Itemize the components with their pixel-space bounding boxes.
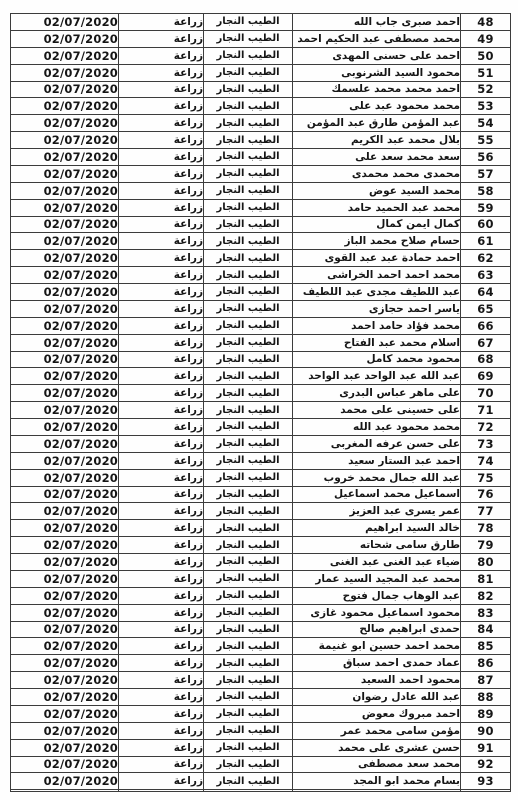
date-cell: 02/07/2020 (11, 115, 119, 132)
department-cell: زراعة (119, 64, 204, 81)
department-cell: زراعة (119, 300, 204, 317)
name-cell: بسام محمد ابو المجد (293, 773, 461, 790)
date-cell: 02/07/2020 (11, 149, 119, 166)
table-row: 91 حسن عشرى على محمد الطيب النجار زراعة … (11, 739, 511, 756)
table-row: 61 حسام صلاح محمد الباز الطيب النجار زرا… (11, 233, 511, 250)
name-cell: محمد عبد المجيد السيد عمار (293, 570, 461, 587)
department-cell: زراعة (119, 81, 204, 98)
name-cell: مؤمن سامى محمد عمر (293, 722, 461, 739)
date-cell: 02/07/2020 (11, 739, 119, 756)
table-row: 80 ضياء عبد الغنى عبد الغنى الطيب النجار… (11, 554, 511, 571)
serial-cell: 69 (461, 368, 511, 385)
supervisor-cell: الطيب النجار (204, 554, 293, 571)
supervisor-cell: الطيب النجار (204, 165, 293, 182)
name-cell: محمد محمود عبد على (293, 98, 461, 115)
date-cell: 02/07/2020 (11, 284, 119, 301)
department-cell: زراعة (119, 537, 204, 554)
department-cell: زراعة (119, 250, 204, 267)
serial-cell: 64 (461, 284, 511, 301)
name-cell: محمود احمد السعيد (293, 672, 461, 689)
date-cell: 02/07/2020 (11, 402, 119, 419)
scanned-document-page: 48 احمد صبرى جاب الله الطيب النجار زراعة… (0, 0, 518, 800)
serial-cell: 72 (461, 419, 511, 436)
table-row: 72 محمد محمود عبد الله الطيب النجار زراع… (11, 419, 511, 436)
serial-cell: 58 (461, 182, 511, 199)
name-cell: خالد السيد ابراهيم (293, 520, 461, 537)
department-cell: زراعة (119, 773, 204, 790)
table-row: 83 محمود اسماعيل محمود غازى الطيب النجار… (11, 604, 511, 621)
supervisor-cell: الطيب النجار (204, 672, 293, 689)
supervisor-cell: الطيب النجار (204, 587, 293, 604)
department-cell (119, 790, 204, 792)
date-cell: 02/07/2020 (11, 503, 119, 520)
serial-cell (461, 790, 511, 792)
serial-cell: 92 (461, 756, 511, 773)
date-cell: 02/07/2020 (11, 199, 119, 216)
table-row: 87 محمود احمد السعيد الطيب النجار زراعة … (11, 672, 511, 689)
date-cell: 02/07/2020 (11, 621, 119, 638)
serial-cell: 74 (461, 452, 511, 469)
table-row: 60 كمال ايمن كمال الطيب النجار زراعة 02/… (11, 216, 511, 233)
serial-cell: 87 (461, 672, 511, 689)
serial-cell: 73 (461, 435, 511, 452)
serial-cell: 65 (461, 300, 511, 317)
date-cell: 02/07/2020 (11, 317, 119, 334)
table-row: 89 احمد مبروك معوض الطيب النجار زراعة 02… (11, 705, 511, 722)
department-cell: زراعة (119, 739, 204, 756)
empty-row (11, 790, 511, 792)
supervisor-cell: الطيب النجار (204, 604, 293, 621)
department-cell: زراعة (119, 149, 204, 166)
name-cell: عبد الله عادل رضوان (293, 689, 461, 706)
serial-cell: 71 (461, 402, 511, 419)
serial-cell: 53 (461, 98, 511, 115)
serial-cell: 67 (461, 334, 511, 351)
date-cell: 02/07/2020 (11, 587, 119, 604)
department-cell: زراعة (119, 621, 204, 638)
department-cell: زراعة (119, 554, 204, 571)
name-cell: محمد احمد احمد الخراشى (293, 267, 461, 284)
supervisor-cell: الطيب النجار (204, 64, 293, 81)
name-cell: عبد المؤمن طارق عبد المؤمن (293, 115, 461, 132)
serial-cell: 78 (461, 520, 511, 537)
serial-cell: 70 (461, 385, 511, 402)
department-cell: زراعة (119, 419, 204, 436)
table-row: 63 محمد احمد احمد الخراشى الطيب النجار ز… (11, 267, 511, 284)
supervisor-cell: الطيب النجار (204, 216, 293, 233)
serial-cell: 56 (461, 149, 511, 166)
table-row: 85 محمد احمد حسين ابو غنيمة الطيب النجار… (11, 638, 511, 655)
serial-cell: 66 (461, 317, 511, 334)
table-row: 75 عبد الله جمال محمد خروب الطيب النجار … (11, 469, 511, 486)
serial-cell: 63 (461, 267, 511, 284)
date-cell: 02/07/2020 (11, 216, 119, 233)
name-cell: احمد حمادة عبد عبد القوى (293, 250, 461, 267)
supervisor-cell: الطيب النجار (204, 705, 293, 722)
date-cell: 02/07/2020 (11, 655, 119, 672)
supervisor-cell: الطيب النجار (204, 300, 293, 317)
date-cell: 02/07/2020 (11, 756, 119, 773)
serial-cell: 85 (461, 638, 511, 655)
supervisor-cell: الطيب النجار (204, 435, 293, 452)
date-cell: 02/07/2020 (11, 689, 119, 706)
serial-cell: 52 (461, 81, 511, 98)
name-cell: ضياء عبد الغنى عبد الغنى (293, 554, 461, 571)
serial-cell: 68 (461, 351, 511, 368)
department-cell: زراعة (119, 334, 204, 351)
department-cell: زراعة (119, 435, 204, 452)
date-cell: 02/07/2020 (11, 722, 119, 739)
table-row: 56 سعد محمد سعد على الطيب النجار زراعة 0… (11, 149, 511, 166)
date-cell: 02/07/2020 (11, 554, 119, 571)
serial-cell: 77 (461, 503, 511, 520)
department-cell: زراعة (119, 47, 204, 64)
name-cell: عبد الله جمال محمد خروب (293, 469, 461, 486)
date-cell: 02/07/2020 (11, 486, 119, 503)
supervisor-cell: الطيب النجار (204, 503, 293, 520)
department-cell: زراعة (119, 182, 204, 199)
supervisor-cell: الطيب النجار (204, 722, 293, 739)
table-row: 70 على ماهر عباس البدرى الطيب النجار زرا… (11, 385, 511, 402)
name-cell: اسلام محمد عبد الفتاح (293, 334, 461, 351)
date-cell: 02/07/2020 (11, 267, 119, 284)
roster-table: 48 احمد صبرى جاب الله الطيب النجار زراعة… (10, 13, 511, 792)
serial-cell: 83 (461, 604, 511, 621)
name-cell: عبد الله عبد الواحد عبد الواحد (293, 368, 461, 385)
department-cell: زراعة (119, 604, 204, 621)
table-row: 50 احمد على حسنى المهدى الطيب النجار زرا… (11, 47, 511, 64)
name-cell: محمد السيد عوض (293, 182, 461, 199)
serial-cell: 79 (461, 537, 511, 554)
date-cell: 02/07/2020 (11, 604, 119, 621)
department-cell: زراعة (119, 756, 204, 773)
name-cell: محمد احمد حسين ابو غنيمة (293, 638, 461, 655)
table-row: 81 محمد عبد المجيد السيد عمار الطيب النج… (11, 570, 511, 587)
serial-cell: 91 (461, 739, 511, 756)
department-cell: زراعة (119, 233, 204, 250)
serial-cell: 54 (461, 115, 511, 132)
department-cell: زراعة (119, 705, 204, 722)
table-row: 62 احمد حمادة عبد عبد القوى الطيب النجار… (11, 250, 511, 267)
name-cell: احمد على حسنى المهدى (293, 47, 461, 64)
supervisor-cell: الطيب النجار (204, 351, 293, 368)
supervisor-cell: الطيب النجار (204, 469, 293, 486)
date-cell: 02/07/2020 (11, 14, 119, 31)
supervisor-cell: الطيب النجار (204, 570, 293, 587)
department-cell: زراعة (119, 503, 204, 520)
department-cell: زراعة (119, 199, 204, 216)
table-row: 78 خالد السيد ابراهيم الطيب النجار زراعة… (11, 520, 511, 537)
name-cell: احمد مبروك معوض (293, 705, 461, 722)
name-cell (293, 790, 461, 792)
date-cell: 02/07/2020 (11, 385, 119, 402)
table-row: 82 عبد الوهاب جمال فتوح الطيب النجار زرا… (11, 587, 511, 604)
table-row: 53 محمد محمود عبد على الطيب النجار زراعة… (11, 98, 511, 115)
table-row: 86 عماد حمدى احمد سباق الطيب النجار زراع… (11, 655, 511, 672)
serial-cell: 80 (461, 554, 511, 571)
name-cell: بلال محمد عبد الكريم (293, 132, 461, 149)
table-row: 76 اسماعيل محمد اسماعيل الطيب النجار زرا… (11, 486, 511, 503)
date-cell: 02/07/2020 (11, 334, 119, 351)
supervisor-cell: الطيب النجار (204, 233, 293, 250)
serial-cell: 60 (461, 216, 511, 233)
supervisor-cell: الطيب النجار (204, 419, 293, 436)
date-cell: 02/07/2020 (11, 351, 119, 368)
serial-cell: 88 (461, 689, 511, 706)
department-cell: زراعة (119, 317, 204, 334)
serial-cell: 62 (461, 250, 511, 267)
name-cell: عبد اللطيف مجدى عبد اللطيف (293, 284, 461, 301)
supervisor-cell: الطيب النجار (204, 284, 293, 301)
name-cell: على ماهر عباس البدرى (293, 385, 461, 402)
name-cell: محمد محمود عبد الله (293, 419, 461, 436)
serial-cell: 48 (461, 14, 511, 31)
supervisor-cell: الطيب النجار (204, 739, 293, 756)
name-cell: عمر يسرى عبد العزيز (293, 503, 461, 520)
department-cell: زراعة (119, 216, 204, 233)
name-cell: محمد مصطفى عبد الحكيم احمد (293, 30, 461, 47)
supervisor-cell: الطيب النجار (204, 334, 293, 351)
serial-cell: 51 (461, 64, 511, 81)
supervisor-cell: الطيب النجار (204, 486, 293, 503)
supervisor-cell: الطيب النجار (204, 81, 293, 98)
date-cell: 02/07/2020 (11, 250, 119, 267)
table-row: 69 عبد الله عبد الواحد عبد الواحد الطيب … (11, 368, 511, 385)
department-cell: زراعة (119, 267, 204, 284)
supervisor-cell: الطيب النجار (204, 756, 293, 773)
department-cell: زراعة (119, 132, 204, 149)
date-cell: 02/07/2020 (11, 300, 119, 317)
department-cell: زراعة (119, 689, 204, 706)
date-cell: 02/07/2020 (11, 452, 119, 469)
serial-cell: 93 (461, 773, 511, 790)
date-cell: 02/07/2020 (11, 368, 119, 385)
name-cell: على حسن عرفه المغربى (293, 435, 461, 452)
date-cell: 02/07/2020 (11, 773, 119, 790)
date-cell: 02/07/2020 (11, 520, 119, 537)
department-cell: زراعة (119, 115, 204, 132)
department-cell: زراعة (119, 469, 204, 486)
supervisor-cell: الطيب النجار (204, 115, 293, 132)
table-row: 66 محمد فؤاد حامد احمد الطيب النجار زراع… (11, 317, 511, 334)
supervisor-cell: الطيب النجار (204, 267, 293, 284)
supervisor-cell: الطيب النجار (204, 199, 293, 216)
serial-cell: 49 (461, 30, 511, 47)
department-cell: زراعة (119, 587, 204, 604)
date-cell: 02/07/2020 (11, 182, 119, 199)
name-cell: محمد فؤاد حامد احمد (293, 317, 461, 334)
name-cell: محمود السيد الشرنوبى (293, 64, 461, 81)
serial-cell: 89 (461, 705, 511, 722)
date-cell: 02/07/2020 (11, 469, 119, 486)
supervisor-cell: الطيب النجار (204, 452, 293, 469)
date-cell: 02/07/2020 (11, 638, 119, 655)
date-cell: 02/07/2020 (11, 30, 119, 47)
supervisor-cell: الطيب النجار (204, 47, 293, 64)
date-cell: 02/07/2020 (11, 81, 119, 98)
date-cell: 02/07/2020 (11, 537, 119, 554)
department-cell: زراعة (119, 284, 204, 301)
name-cell: حمدى ابراهيم صالح (293, 621, 461, 638)
name-cell: على حسينى على محمد (293, 402, 461, 419)
department-cell: زراعة (119, 672, 204, 689)
supervisor-cell: الطيب النجار (204, 385, 293, 402)
serial-cell: 81 (461, 570, 511, 587)
table-row: 84 حمدى ابراهيم صالح الطيب النجار زراعة … (11, 621, 511, 638)
supervisor-cell: الطيب النجار (204, 537, 293, 554)
date-cell: 02/07/2020 (11, 47, 119, 64)
serial-cell: 90 (461, 722, 511, 739)
department-cell: زراعة (119, 351, 204, 368)
supervisor-cell: الطيب النجار (204, 402, 293, 419)
department-cell: زراعة (119, 520, 204, 537)
table-row: 88 عبد الله عادل رضوان الطيب النجار زراع… (11, 689, 511, 706)
table-row: 48 احمد صبرى جاب الله الطيب النجار زراعة… (11, 14, 511, 31)
supervisor-cell: الطيب النجار (204, 773, 293, 790)
supervisor-cell: الطيب النجار (204, 30, 293, 47)
table-row: 79 طارق سامى شحاته الطيب النجار زراعة 02… (11, 537, 511, 554)
date-cell: 02/07/2020 (11, 435, 119, 452)
table-row: 71 على حسينى على محمد الطيب النجار زراعة… (11, 402, 511, 419)
table-row: 64 عبد اللطيف مجدى عبد اللطيف الطيب النج… (11, 284, 511, 301)
department-cell: زراعة (119, 486, 204, 503)
name-cell: طارق سامى شحاته (293, 537, 461, 554)
department-cell: زراعة (119, 402, 204, 419)
name-cell: احمد محمد محمد علسمك (293, 81, 461, 98)
supervisor-cell: الطيب النجار (204, 368, 293, 385)
table-row: 51 محمود السيد الشرنوبى الطيب النجار زرا… (11, 64, 511, 81)
supervisor-cell: الطيب النجار (204, 317, 293, 334)
name-cell: عماد حمدى احمد سباق (293, 655, 461, 672)
name-cell: محمود اسماعيل محمود غازى (293, 604, 461, 621)
department-cell: زراعة (119, 638, 204, 655)
name-cell: كمال ايمن كمال (293, 216, 461, 233)
supervisor-cell: الطيب النجار (204, 250, 293, 267)
table-row: 52 احمد محمد محمد علسمك الطيب النجار زرا… (11, 81, 511, 98)
date-cell: 02/07/2020 (11, 705, 119, 722)
table-row: 54 عبد المؤمن طارق عبد المؤمن الطيب النج… (11, 115, 511, 132)
table-row: 73 على حسن عرفه المغربى الطيب النجار زرا… (11, 435, 511, 452)
date-cell: 02/07/2020 (11, 165, 119, 182)
serial-cell: 57 (461, 165, 511, 182)
supervisor-cell: الطيب النجار (204, 621, 293, 638)
name-cell: احمد عبد الستار سعيد (293, 452, 461, 469)
table-row: 90 مؤمن سامى محمد عمر الطيب النجار زراعة… (11, 722, 511, 739)
date-cell: 02/07/2020 (11, 672, 119, 689)
serial-cell: 61 (461, 233, 511, 250)
department-cell: زراعة (119, 165, 204, 182)
roster-table-body: 48 احمد صبرى جاب الله الطيب النجار زراعة… (11, 14, 511, 792)
serial-cell: 59 (461, 199, 511, 216)
name-cell: سعد محمد سعد على (293, 149, 461, 166)
department-cell: زراعة (119, 722, 204, 739)
table-row: 68 محمود محمد كامل الطيب النجار زراعة 02… (11, 351, 511, 368)
supervisor-cell: الطيب النجار (204, 149, 293, 166)
table-row: 49 محمد مصطفى عبد الحكيم احمد الطيب النج… (11, 30, 511, 47)
table-row: 59 محمد عبد الحميد حامد الطيب النجار زرا… (11, 199, 511, 216)
department-cell: زراعة (119, 655, 204, 672)
table-row: 65 ياسر احمد حجازى الطيب النجار زراعة 02… (11, 300, 511, 317)
serial-cell: 55 (461, 132, 511, 149)
name-cell: احمد صبرى جاب الله (293, 14, 461, 31)
date-cell (11, 790, 119, 792)
department-cell: زراعة (119, 14, 204, 31)
table-row: 55 بلال محمد عبد الكريم الطيب النجار زرا… (11, 132, 511, 149)
table-row: 93 بسام محمد ابو المجد الطيب النجار زراع… (11, 773, 511, 790)
table-row: 77 عمر يسرى عبد العزيز الطيب النجار زراع… (11, 503, 511, 520)
table-row: 58 محمد السيد عوض الطيب النجار زراعة 02/… (11, 182, 511, 199)
supervisor-cell: الطيب النجار (204, 98, 293, 115)
name-cell: محمد سعد مصطفى (293, 756, 461, 773)
date-cell: 02/07/2020 (11, 64, 119, 81)
supervisor-cell: الطيب النجار (204, 182, 293, 199)
date-cell: 02/07/2020 (11, 98, 119, 115)
department-cell: زراعة (119, 98, 204, 115)
name-cell: ياسر احمد حجازى (293, 300, 461, 317)
date-cell: 02/07/2020 (11, 419, 119, 436)
table-row: 57 محمدى محمد محمدى الطيب النجار زراعة 0… (11, 165, 511, 182)
supervisor-cell: الطيب النجار (204, 655, 293, 672)
serial-cell: 82 (461, 587, 511, 604)
name-cell: حسام صلاح محمد الباز (293, 233, 461, 250)
supervisor-cell: الطيب النجار (204, 689, 293, 706)
serial-cell: 84 (461, 621, 511, 638)
name-cell: حسن عشرى على محمد (293, 739, 461, 756)
serial-cell: 50 (461, 47, 511, 64)
name-cell: عبد الوهاب جمال فتوح (293, 587, 461, 604)
department-cell: زراعة (119, 30, 204, 47)
supervisor-cell (204, 790, 293, 792)
date-cell: 02/07/2020 (11, 570, 119, 587)
table-row: 67 اسلام محمد عبد الفتاح الطيب النجار زر… (11, 334, 511, 351)
name-cell: محمد عبد الحميد حامد (293, 199, 461, 216)
date-cell: 02/07/2020 (11, 233, 119, 250)
supervisor-cell: الطيب النجار (204, 14, 293, 31)
supervisor-cell: الطيب النجار (204, 132, 293, 149)
department-cell: زراعة (119, 570, 204, 587)
serial-cell: 86 (461, 655, 511, 672)
supervisor-cell: الطيب النجار (204, 520, 293, 537)
name-cell: اسماعيل محمد اسماعيل (293, 486, 461, 503)
supervisor-cell: الطيب النجار (204, 638, 293, 655)
table-row: 92 محمد سعد مصطفى الطيب النجار زراعة 02/… (11, 756, 511, 773)
table-row: 74 احمد عبد الستار سعيد الطيب النجار زرا… (11, 452, 511, 469)
date-cell: 02/07/2020 (11, 132, 119, 149)
department-cell: زراعة (119, 368, 204, 385)
name-cell: محمدى محمد محمدى (293, 165, 461, 182)
serial-cell: 76 (461, 486, 511, 503)
name-cell: محمود محمد كامل (293, 351, 461, 368)
department-cell: زراعة (119, 385, 204, 402)
serial-cell: 75 (461, 469, 511, 486)
department-cell: زراعة (119, 452, 204, 469)
